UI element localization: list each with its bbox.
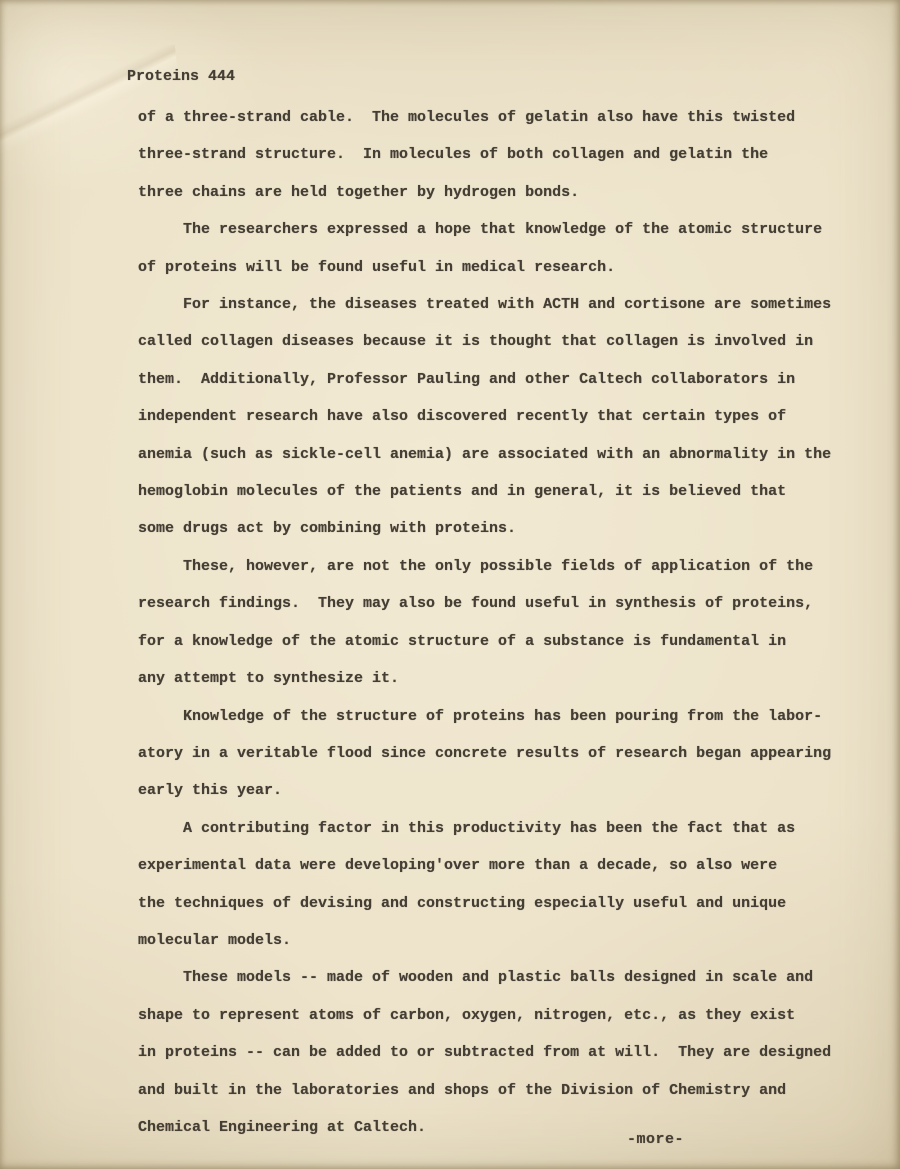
text-line: atory in a veritable flood since concret… (138, 735, 831, 772)
text-line: The researchers expressed a hope that kn… (138, 211, 831, 248)
text-line: hemoglobin molecules of the patients and… (138, 473, 831, 510)
text-line: of a three-strand cable. The molecules o… (138, 99, 831, 136)
scanned-document-page: { "page": { "kind": "typewritten press r… (0, 0, 900, 1169)
text-line: some drugs act by combining with protein… (138, 510, 831, 547)
text-line: molecular models. (138, 922, 831, 959)
text-line: experimental data were developing'over m… (138, 847, 831, 884)
text-line: These, however, are not the only possibl… (138, 548, 831, 585)
page-header-label: Proteins 444 (127, 67, 235, 87)
text-line: any attempt to synthesize it. (138, 660, 831, 697)
more-marker: -more- (627, 1130, 684, 1150)
text-line: for a knowledge of the atomic structure … (138, 623, 831, 660)
text-line: anemia (such as sickle-cell anemia) are … (138, 436, 831, 473)
text-line: research findings. They may also be foun… (138, 585, 831, 622)
text-line: A contributing factor in this productivi… (138, 810, 831, 847)
text-line: them. Additionally, Professor Pauling an… (138, 361, 831, 398)
text-line: called collagen diseases because it is t… (138, 323, 831, 360)
text-line: For instance, the diseases treated with … (138, 286, 831, 323)
text-line: and built in the laboratories and shops … (138, 1072, 831, 1109)
text-line: in proteins -- can be added to or subtra… (138, 1034, 831, 1071)
text-line: Knowledge of the structure of proteins h… (138, 698, 831, 735)
text-line: shape to represent atoms of carbon, oxyg… (138, 997, 831, 1034)
document-body-text: of a three-strand cable. The molecules o… (138, 99, 831, 1146)
text-line: Chemical Engineering at Caltech. (138, 1109, 831, 1146)
text-line: three chains are held together by hydrog… (138, 174, 831, 211)
text-line: early this year. (138, 772, 831, 809)
text-line: These models -- made of wooden and plast… (138, 959, 831, 996)
text-line: independent research have also discovere… (138, 398, 831, 435)
text-line: three-strand structure. In molecules of … (138, 136, 831, 173)
text-line: of proteins will be found useful in medi… (138, 249, 831, 286)
text-line: the techniques of devising and construct… (138, 885, 831, 922)
